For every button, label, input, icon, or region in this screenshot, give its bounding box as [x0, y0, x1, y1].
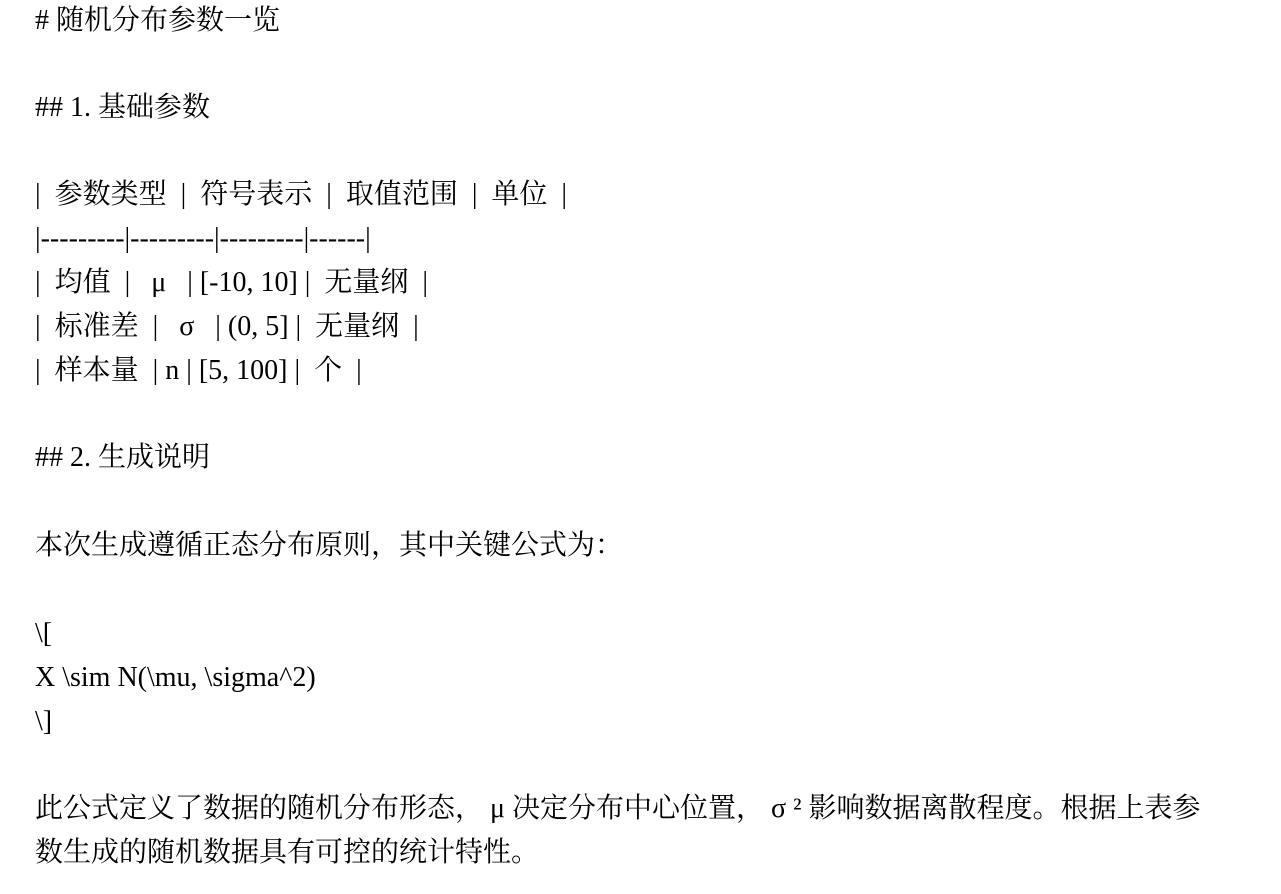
- formula-body: X \sim N(\mu, \sigma^2): [35, 661, 316, 695]
- section-heading-basic-params: ## 1. 基础参数: [35, 91, 210, 125]
- table-separator-row: |---------|---------|---------|------|: [35, 222, 371, 256]
- formula-open: \[: [35, 617, 52, 651]
- table-row: | 标准差 | σ | (0, 5] | 无量纲 |: [35, 310, 419, 344]
- document-title: # 随机分布参数一览: [35, 4, 280, 38]
- explanation-paragraph: 此公式定义了数据的随机分布形态， μ 决定分布中心位置， σ ² 影响数据离散程…: [35, 787, 1215, 875]
- table-row: | 样本量 | n | [5, 100] | 个 |: [35, 354, 362, 388]
- table-header-row: | 参数类型 | 符号表示 | 取值范围 | 单位 |: [35, 178, 567, 212]
- section-heading-generation-notes: ## 2. 生成说明: [35, 441, 210, 475]
- intro-paragraph: 本次生成遵循正态分布原则，其中关键公式为：: [35, 529, 623, 563]
- table-row: | 均值 | μ | [-10, 10] | 无量纲 |: [35, 266, 428, 300]
- formula-close: \]: [35, 705, 52, 739]
